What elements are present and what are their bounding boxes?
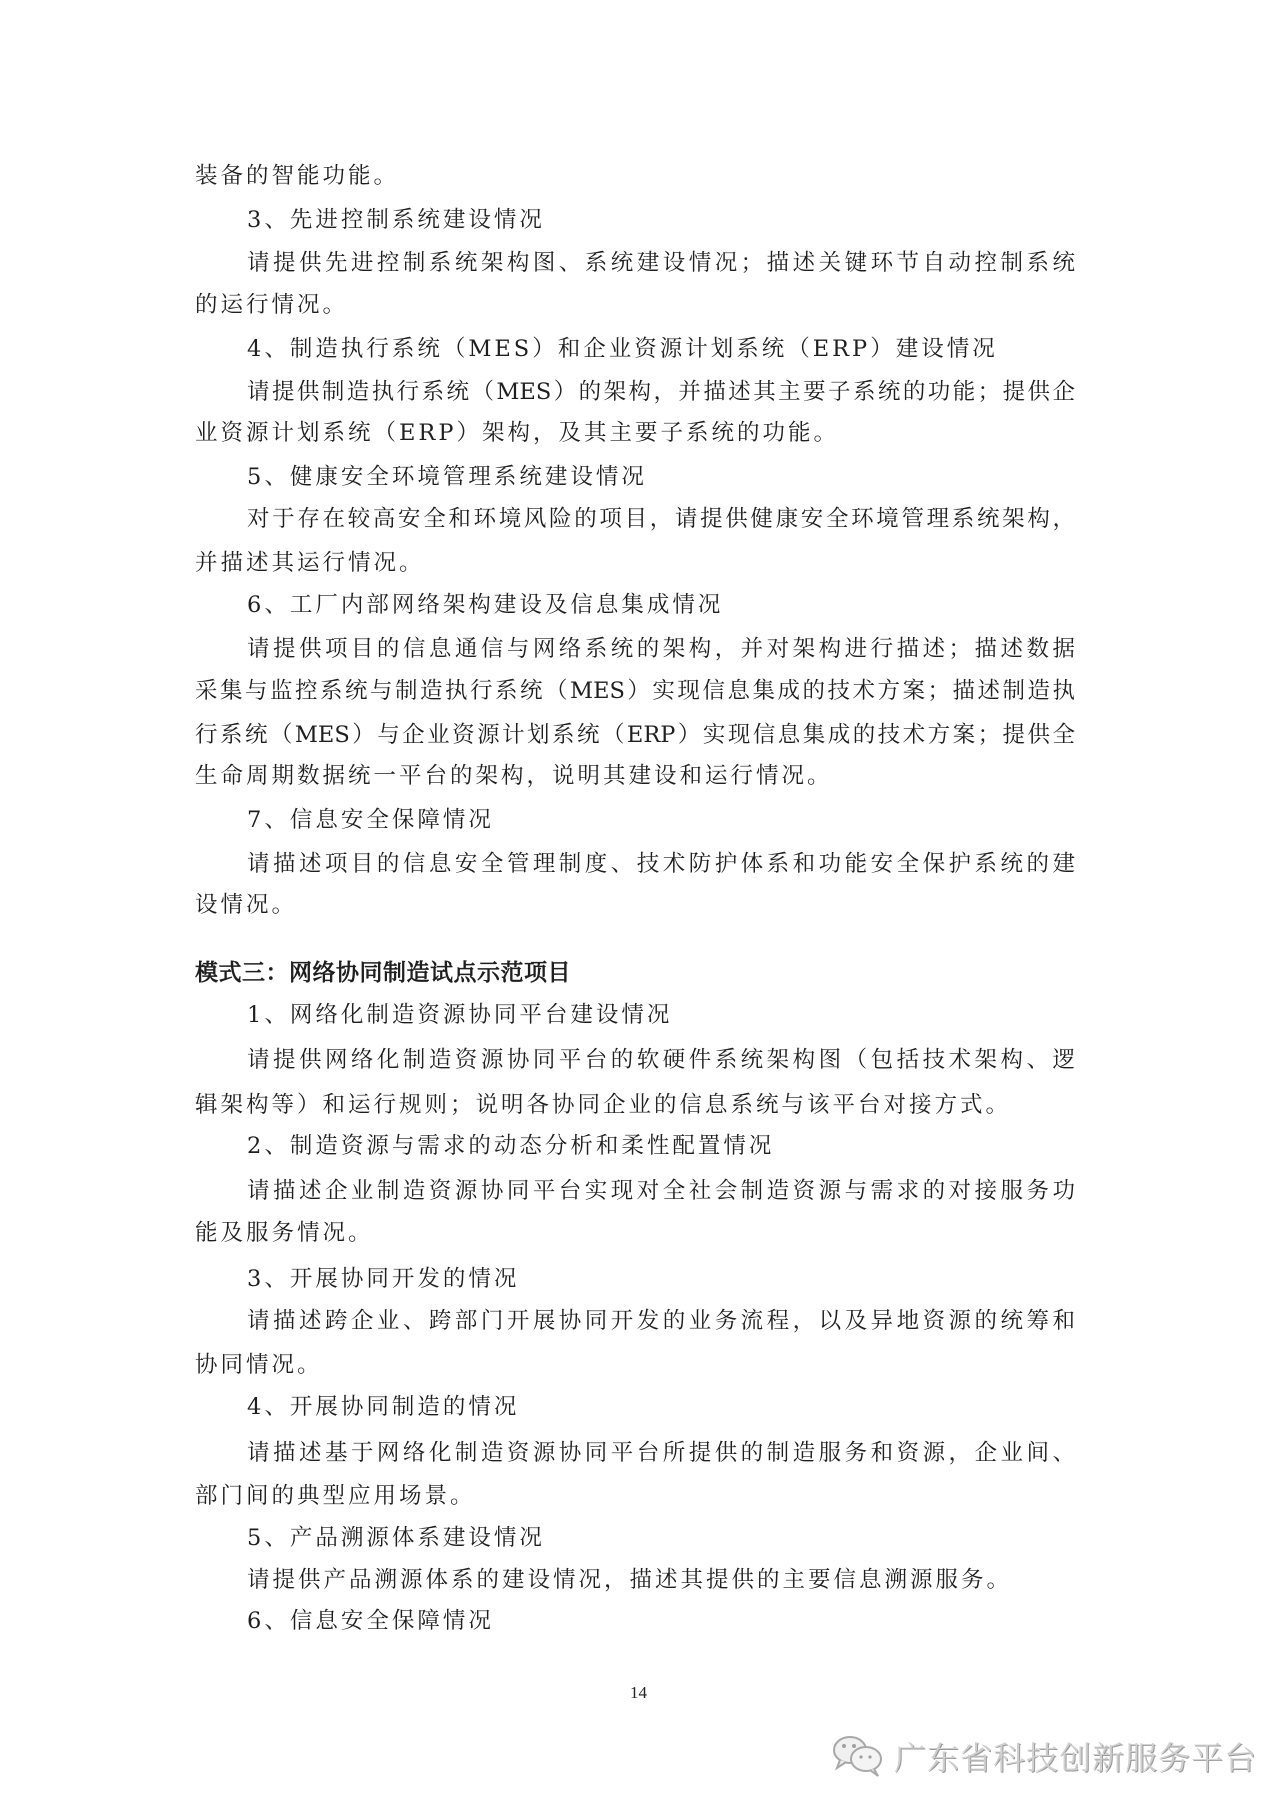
subsection-heading: 1、网络化制造资源协同平台建设情况 xyxy=(247,1000,672,1030)
subsection-heading: 2、制造资源与需求的动态分析和柔性配置情况 xyxy=(247,1131,774,1161)
subsection-heading: 5、健康安全环境管理系统建设情况 xyxy=(247,462,647,492)
text-line: 业资源计划系统（ERP）架构，及其主要子系统的功能。 xyxy=(195,418,839,448)
text-line: 行系统（MES）与企业资源计划系统（ERP）实现信息集成的技术方案；提供全 xyxy=(195,720,1075,750)
text-line: 协同情况。 xyxy=(195,1350,323,1380)
subsection-heading: 3、先进控制系统建设情况 xyxy=(247,205,545,235)
text-line: 请提供先进控制系统架构图、系统建设情况；描述关键环节自动控制系统 xyxy=(247,248,1075,278)
subsection-heading: 7、信息安全保障情况 xyxy=(247,805,494,835)
subsection-heading: 6、工厂内部网络架构建设及信息集成情况 xyxy=(247,590,723,620)
text-line: 请描述企业制造资源协同平台实现对全社会制造资源与需求的对接服务功 xyxy=(247,1176,1075,1206)
text-line: 装备的智能功能。 xyxy=(195,161,399,191)
text-line: 采集与监控系统与制造执行系统（MES）实现信息集成的技术方案；描述制造执 xyxy=(195,676,1075,706)
wechat-icon xyxy=(830,1733,886,1779)
text-line: 请提供网络化制造资源协同平台的软硬件系统架构图（包括技术架构、逻 xyxy=(247,1045,1075,1075)
text-line: 请提供项目的信息通信与网络系统的架构，并对架构进行描述；描述数据 xyxy=(247,634,1075,664)
subsection-heading: 5、产品溯源体系建设情况 xyxy=(247,1523,545,1553)
section-heading: 模式三：网络协同制造试点示范项目 xyxy=(195,958,571,988)
text-line: 请描述基于网络化制造资源协同平台所提供的制造服务和资源，企业间、 xyxy=(247,1438,1075,1468)
text-line: 的运行情况。 xyxy=(195,290,348,320)
subsection-heading: 6、信息安全保障情况 xyxy=(247,1606,494,1636)
text-line: 辑架构等）和运行规则；说明各协同企业的信息系统与该平台对接方式。 xyxy=(195,1090,1011,1120)
page-number: 14 xyxy=(630,1682,647,1704)
subsection-heading: 4、开展协同制造的情况 xyxy=(247,1392,519,1422)
watermark-text: 广东省科技创新服务平台 xyxy=(894,1733,1257,1779)
text-line: 请提供产品溯源体系的建设情况，描述其提供的主要信息溯源服务。 xyxy=(247,1565,1012,1595)
text-line: 请描述跨企业、跨部门开展协同开发的业务流程，以及异地资源的统筹和 xyxy=(247,1306,1075,1336)
text-line: 请提供制造执行系统（MES）的架构，并描述其主要子系统的功能；提供企 xyxy=(247,377,1075,407)
subsection-heading: 4、制造执行系统（MES）和企业资源计划系统（ERP）建设情况 xyxy=(247,334,998,364)
text-line: 设情况。 xyxy=(195,890,297,920)
subsection-heading: 3、开展协同开发的情况 xyxy=(247,1264,519,1294)
text-line: 部门间的典型应用场景。 xyxy=(195,1481,476,1511)
text-line: 对于存在较高安全和环境风险的项目，请提供健康安全环境管理系统架构， xyxy=(247,504,1075,534)
watermark: 广东省科技创新服务平台 xyxy=(830,1736,1257,1776)
text-line: 并描述其运行情况。 xyxy=(195,548,425,578)
text-line: 生命周期数据统一平台的架构，说明其建设和运行情况。 xyxy=(195,761,833,791)
text-line: 能及服务情况。 xyxy=(195,1218,374,1248)
text-line: 请描述项目的信息安全管理制度、技术防护体系和功能安全保护系统的建 xyxy=(247,849,1075,879)
document-page: 装备的智能功能。3、先进控制系统建设情况请提供先进控制系统架构图、系统建设情况；… xyxy=(0,0,1280,1810)
